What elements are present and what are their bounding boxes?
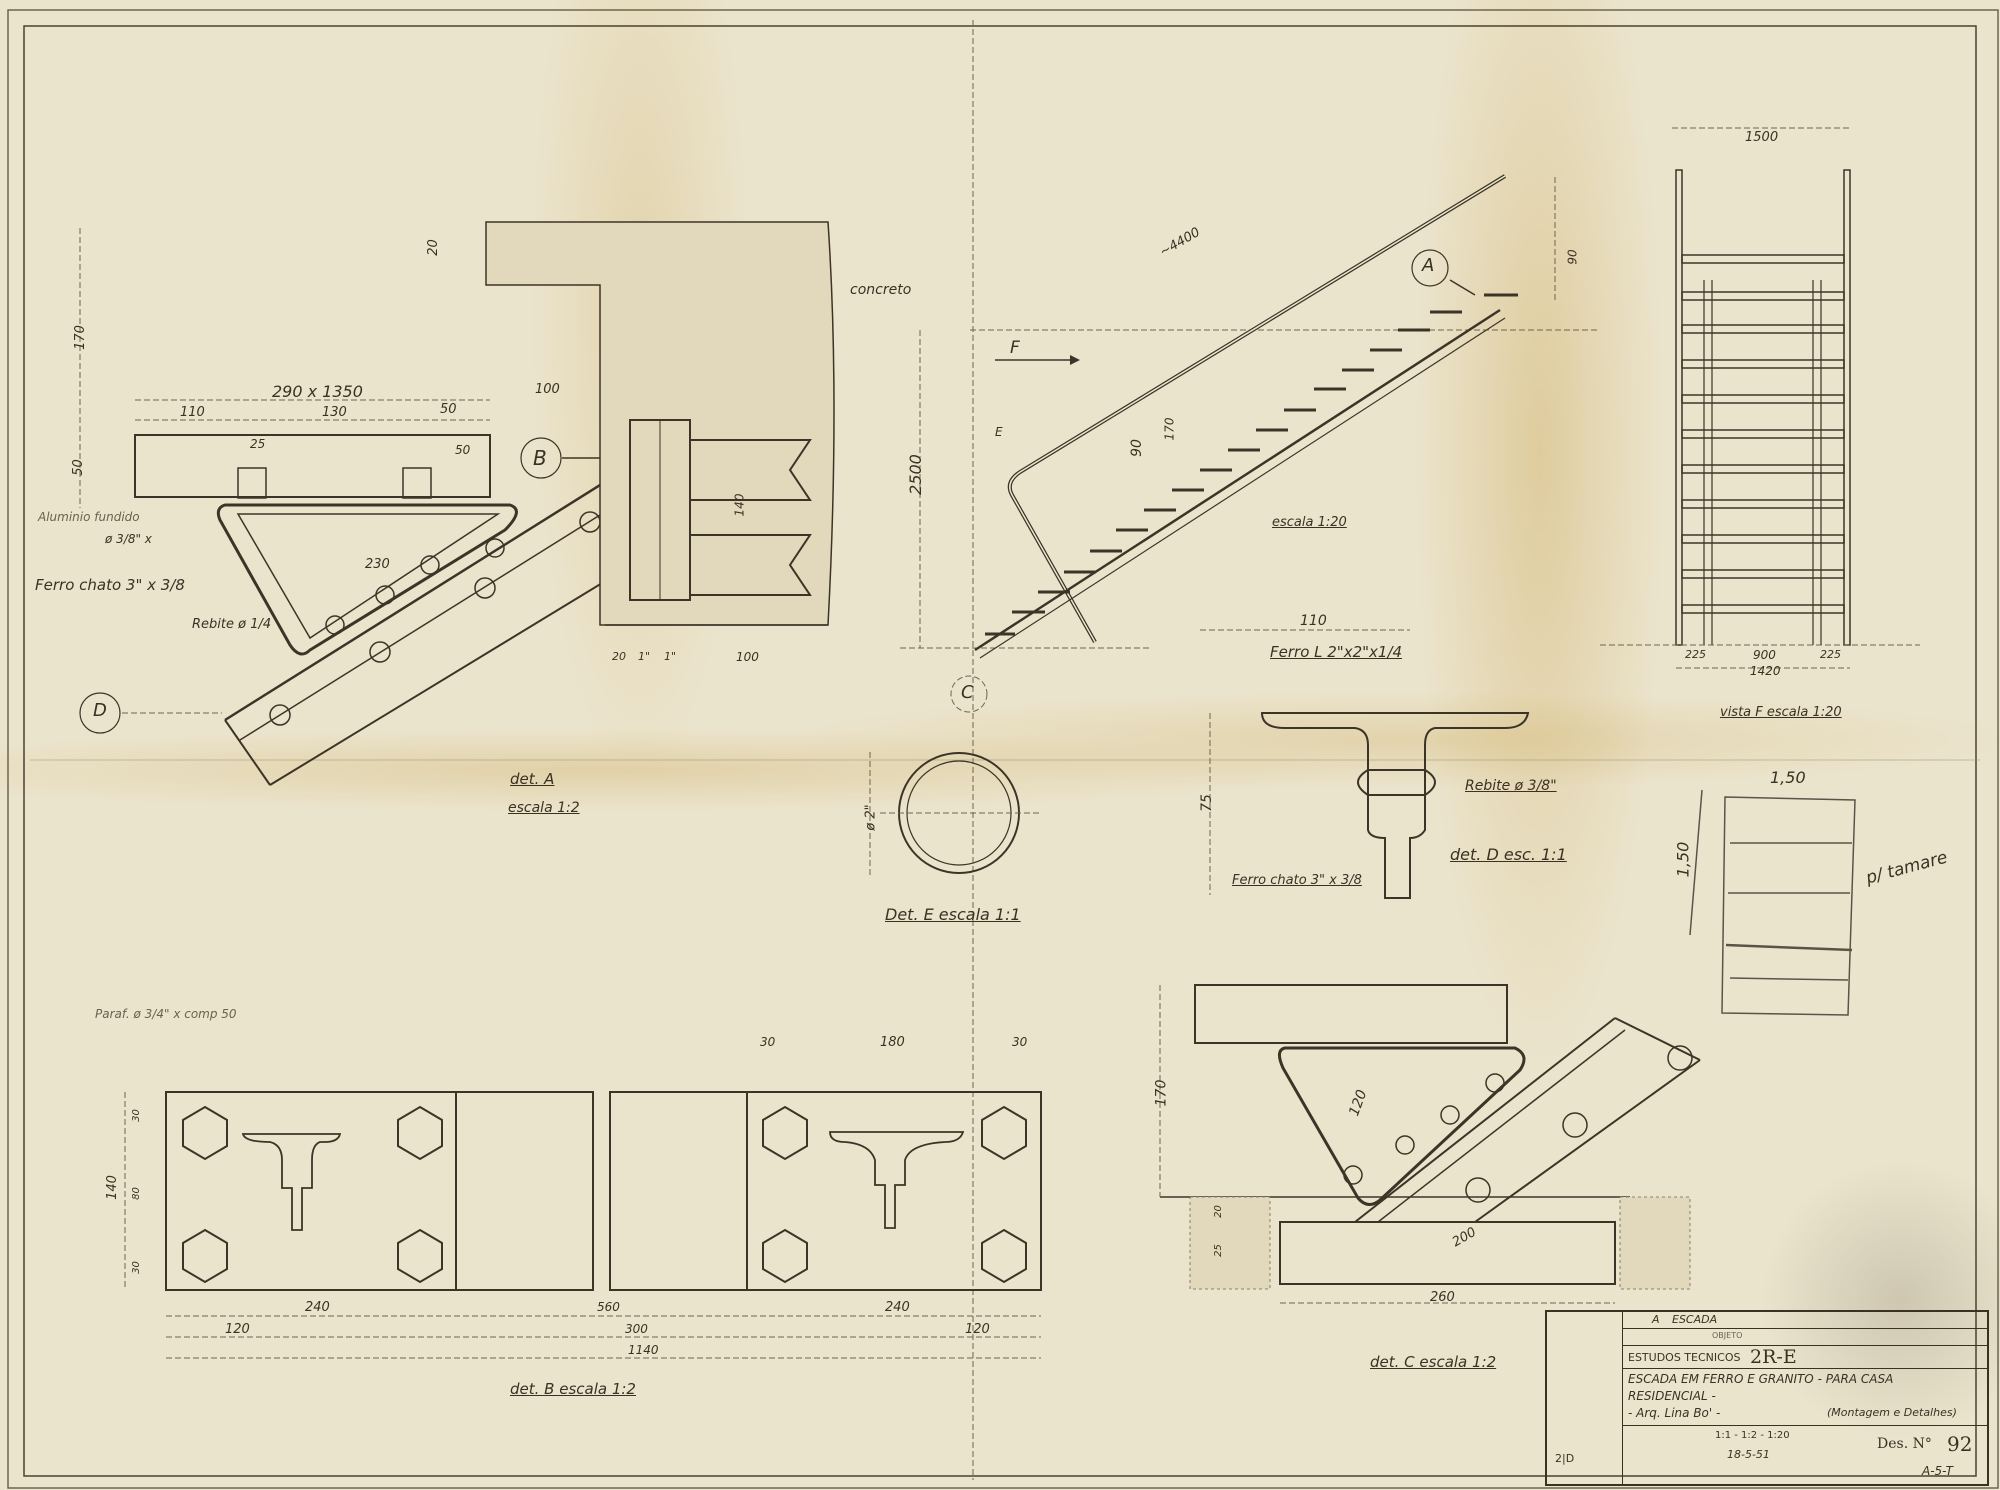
det-b-side-dim: 30	[131, 1261, 142, 1274]
det-a-drawing	[80, 228, 640, 785]
det-a-dim: 110	[180, 405, 205, 420]
date-value: 18-5-51	[1727, 1448, 1770, 1461]
det-e-diameter: ø 2"	[864, 804, 879, 830]
det-a-overall-dim: 290 x 1350	[272, 382, 363, 401]
det-b-top-dim: 30	[760, 1035, 775, 1049]
pencil-sketch	[1690, 790, 1855, 1015]
det-b-top-dim: 180	[880, 1035, 905, 1050]
architect: - Arq. Lina Bo' -	[1628, 1406, 1720, 1420]
sketch-height: 1,50	[1673, 842, 1692, 878]
concrete-label: concreto	[850, 282, 911, 298]
concrete-dim: 140	[732, 494, 746, 517]
drawing-no-label: Des. N°	[1877, 1436, 1932, 1452]
note-aluminio-dia: ø 3/8" x	[105, 532, 152, 546]
landing-dim: 90	[1566, 249, 1580, 264]
concrete-dim: 1"	[664, 650, 676, 663]
total-height-dim: 2500	[906, 454, 925, 495]
vista-f-dim: 225	[1685, 648, 1706, 661]
det-d-height: 75	[1199, 794, 1215, 812]
det-b-side-dim: 30	[131, 1109, 142, 1122]
project-title-1: ESCADA EM FERRO E GRANITO - PARA CASA	[1628, 1372, 1893, 1386]
det-a-dim: 25	[250, 437, 265, 451]
revision-row: A ESCADA	[1622, 1312, 1987, 1329]
office-code: 2R-E	[1750, 1346, 1797, 1368]
det-b-dim: 560	[597, 1300, 620, 1314]
drawing-no: 92	[1947, 1432, 1972, 1456]
det-d-ferro: Ferro chato 3" x 3/8	[1232, 873, 1362, 888]
marker-d: D	[93, 700, 107, 721]
det-a-dim: 230	[365, 557, 390, 572]
det-c-height: 170	[1153, 1080, 1169, 1107]
handrail-height-dim: 90	[1129, 439, 1145, 457]
det-a-dim: 130	[322, 405, 347, 420]
det-b-dim: 240	[885, 1300, 910, 1315]
det-c-drawing	[1160, 985, 1700, 1303]
det-b-top-dim: 30	[1012, 1035, 1027, 1049]
office-row: ESTUDOS TECNICOS 2R-E	[1622, 1346, 1987, 1369]
vista-f-dim: 225	[1820, 648, 1841, 661]
subtitle: (Montagem e Detalhes)	[1827, 1406, 1957, 1419]
det-c-side-dim: 20	[1213, 1205, 1224, 1218]
title-block-side: 2|D	[1547, 1312, 1623, 1484]
concrete-dim: 20	[612, 650, 626, 663]
scales-value: 1:1 - 1:2 - 1:20	[1715, 1430, 1790, 1441]
marker-b: B	[533, 446, 547, 470]
det-b-dim: 240	[305, 1300, 330, 1315]
reference: A-5-T	[1922, 1464, 1953, 1478]
marker-a: A	[1422, 255, 1434, 276]
det-a-dim: 20	[426, 239, 441, 256]
det-a-dim: 50	[71, 459, 86, 476]
det-e-title: Det. E escala 1:1	[885, 905, 1021, 924]
vista-f-view	[1600, 128, 1920, 668]
det-a-dim: 170	[73, 325, 88, 350]
det-b-side-dim: 80	[131, 1187, 142, 1200]
marker-e: E	[995, 425, 1003, 439]
det-b-dim: 300	[625, 1322, 648, 1336]
det-a-scale: escala 1:2	[508, 800, 580, 816]
office-name: ESTUDOS TECNICOS	[1628, 1351, 1740, 1364]
vista-f-title: vista F escala 1:20	[1720, 705, 1842, 720]
det-a-dim: 100	[535, 382, 560, 397]
elevation-scale: escala 1:20	[1272, 515, 1347, 530]
note-ferro-chato: Ferro chato 3" x 3/8	[35, 576, 185, 594]
det-e-drawing	[870, 752, 1040, 875]
revision-letter: A	[1652, 1313, 1660, 1326]
riser-dim: 170	[1162, 418, 1176, 441]
concrete-section	[486, 222, 834, 625]
det-c-width: 260	[1430, 1290, 1455, 1305]
outer-border	[8, 10, 1998, 1488]
note-rebite: Rebite ø 1/4	[192, 617, 271, 632]
det-b-height: 140	[105, 1175, 120, 1200]
det-b-dim: 120	[225, 1322, 250, 1337]
det-c-side-dim: 25	[1213, 1244, 1224, 1257]
object-header: OBJETO	[1712, 1331, 1742, 1340]
det-b-drawing	[125, 1092, 1041, 1358]
tread-width-dim: 110	[1300, 613, 1327, 629]
technical-drawing	[0, 0, 2000, 1490]
bolt-note: Paraf. ø 3/4" x comp 50	[95, 1007, 237, 1021]
det-a-dim: 50	[440, 402, 457, 417]
sketch-width: 1,50	[1770, 768, 1806, 787]
vista-f-overall: 1420	[1750, 664, 1781, 678]
det-a-dim: 50	[455, 443, 470, 457]
project-row: ESCADA EM FERRO E GRANITO - PARA CASA RE…	[1622, 1369, 1987, 1426]
view-arrow-f: F	[1010, 338, 1020, 358]
marker-c: C	[961, 682, 974, 703]
vista-f-width: 1500	[1745, 130, 1778, 145]
det-d-rebite: Rebite ø 3/8"	[1465, 778, 1557, 794]
det-c-title: det. C escala 1:2	[1370, 1353, 1496, 1371]
det-a-title: det. A	[510, 770, 554, 788]
angle-section-label: Ferro L 2"x2"x1/4	[1270, 643, 1402, 661]
det-b-title: det. B escala 1:2	[510, 1380, 636, 1398]
object-row: OBJETO	[1622, 1329, 1987, 1346]
concrete-dim: 100	[736, 650, 759, 664]
det-b-dim: 120	[965, 1322, 990, 1337]
det-d-title: det. D esc. 1:1	[1450, 845, 1567, 864]
side-label: 2|D	[1555, 1452, 1574, 1465]
note-aluminio: Aluminio fundido	[38, 510, 140, 524]
revision-desc: ESCADA	[1672, 1313, 1717, 1326]
vista-f-dim: 900	[1753, 648, 1776, 662]
signature-row: 1:1 - 1:2 - 1:20 18-5-51 Des. N° 92 A-5-…	[1622, 1426, 1987, 1484]
det-b-overall: 1140	[628, 1343, 659, 1357]
det-d-drawing	[1210, 713, 1528, 898]
concrete-dim: 1"	[638, 650, 650, 663]
stair-elevation	[900, 176, 1600, 712]
title-block: 2|D A ESCADA OBJETO ESTUDOS TECNICOS 2R-…	[1545, 1310, 1989, 1486]
project-title-2: RESIDENCIAL -	[1628, 1389, 1716, 1403]
